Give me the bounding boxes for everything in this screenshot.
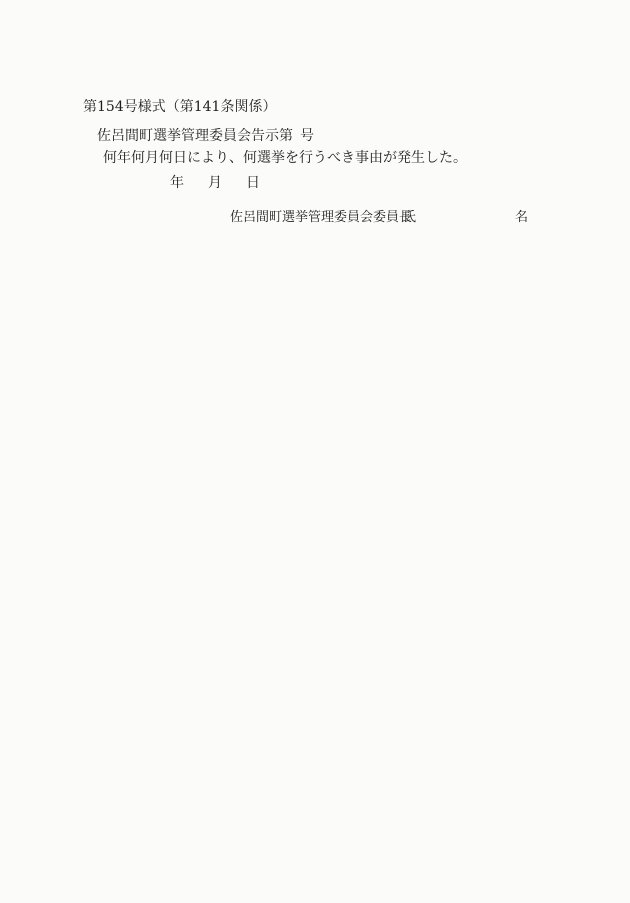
signature-chairman-title: 佐呂間町選挙管理委員会委員長 bbox=[230, 210, 412, 225]
date-day-label: 日 bbox=[246, 176, 260, 191]
signature-given-name-label: 名 bbox=[515, 210, 528, 225]
form-number-heading: 第154号様式（第141条関係） bbox=[83, 100, 276, 115]
date-month-label: 月 bbox=[208, 176, 222, 191]
document-page: 第154号様式（第141条関係） 佐呂間町選挙管理委員会告示第 号 何年何月何日… bbox=[0, 0, 630, 903]
body-sentence: 何年何月何日により、何選挙を行うべき事由が発生した。 bbox=[103, 151, 467, 166]
signature-surname-label: 氏 bbox=[403, 210, 416, 225]
notice-number-suffix: 号 bbox=[300, 129, 314, 144]
date-year-label: 年 bbox=[170, 176, 184, 191]
notice-number-prefix: 佐呂間町選挙管理委員会告示第 bbox=[97, 129, 293, 144]
